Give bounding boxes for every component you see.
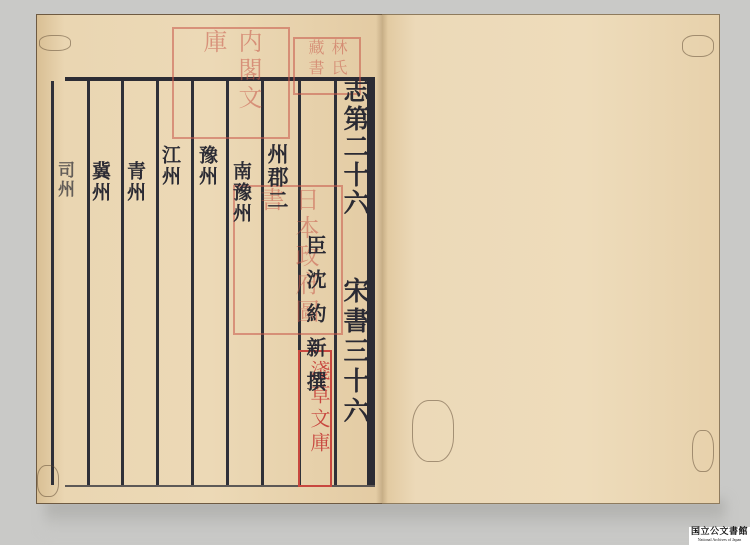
- column-entry: 豫州: [197, 145, 216, 187]
- column-entry: 南豫州: [231, 161, 250, 224]
- wormhole-damage: [37, 465, 59, 497]
- page-fold: [376, 14, 388, 504]
- ruling-line: [87, 81, 90, 485]
- left-page: 内閣文庫 林氏藏書 日本政府圖書 淺草文庫 志第二十六 宋書三十六 臣沈約新撰 …: [36, 14, 382, 504]
- column-entry: 江州: [160, 145, 179, 187]
- archive-watermark: 国立公文書館 National Archives of Japan: [689, 527, 750, 545]
- book-shadow: [45, 500, 725, 530]
- wormhole-damage: [682, 35, 714, 57]
- book-title: 宋書三十六: [341, 277, 367, 427]
- watermark-title-en: National Archives of Japan: [689, 537, 750, 543]
- seal-text: 内閣文庫: [196, 29, 266, 137]
- ruling-line: [121, 81, 124, 485]
- wormhole-damage: [39, 35, 71, 51]
- book-spread: 内閣文庫 林氏藏書 日本政府圖書 淺草文庫 志第二十六 宋書三十六 臣沈約新撰 …: [36, 14, 720, 504]
- right-page: [382, 14, 720, 504]
- column-entry: 青州: [125, 161, 144, 203]
- ruling-line: [226, 81, 229, 485]
- watermark-title-jp: 国立公文書館: [689, 527, 750, 537]
- column-entry: 司州: [55, 161, 72, 199]
- seal-large: 内閣文庫: [172, 27, 290, 139]
- ruling-line: [51, 81, 54, 485]
- ruling-line: [156, 81, 159, 485]
- wormhole-damage: [692, 430, 714, 472]
- column-entry: 冀州: [90, 161, 109, 203]
- chapter-heading: 志第二十六: [341, 77, 367, 217]
- ruling-line: [191, 81, 194, 485]
- wormhole-damage: [412, 400, 454, 462]
- author-line: 臣沈約新撰: [305, 235, 325, 405]
- section-title: 州郡二: [267, 143, 288, 212]
